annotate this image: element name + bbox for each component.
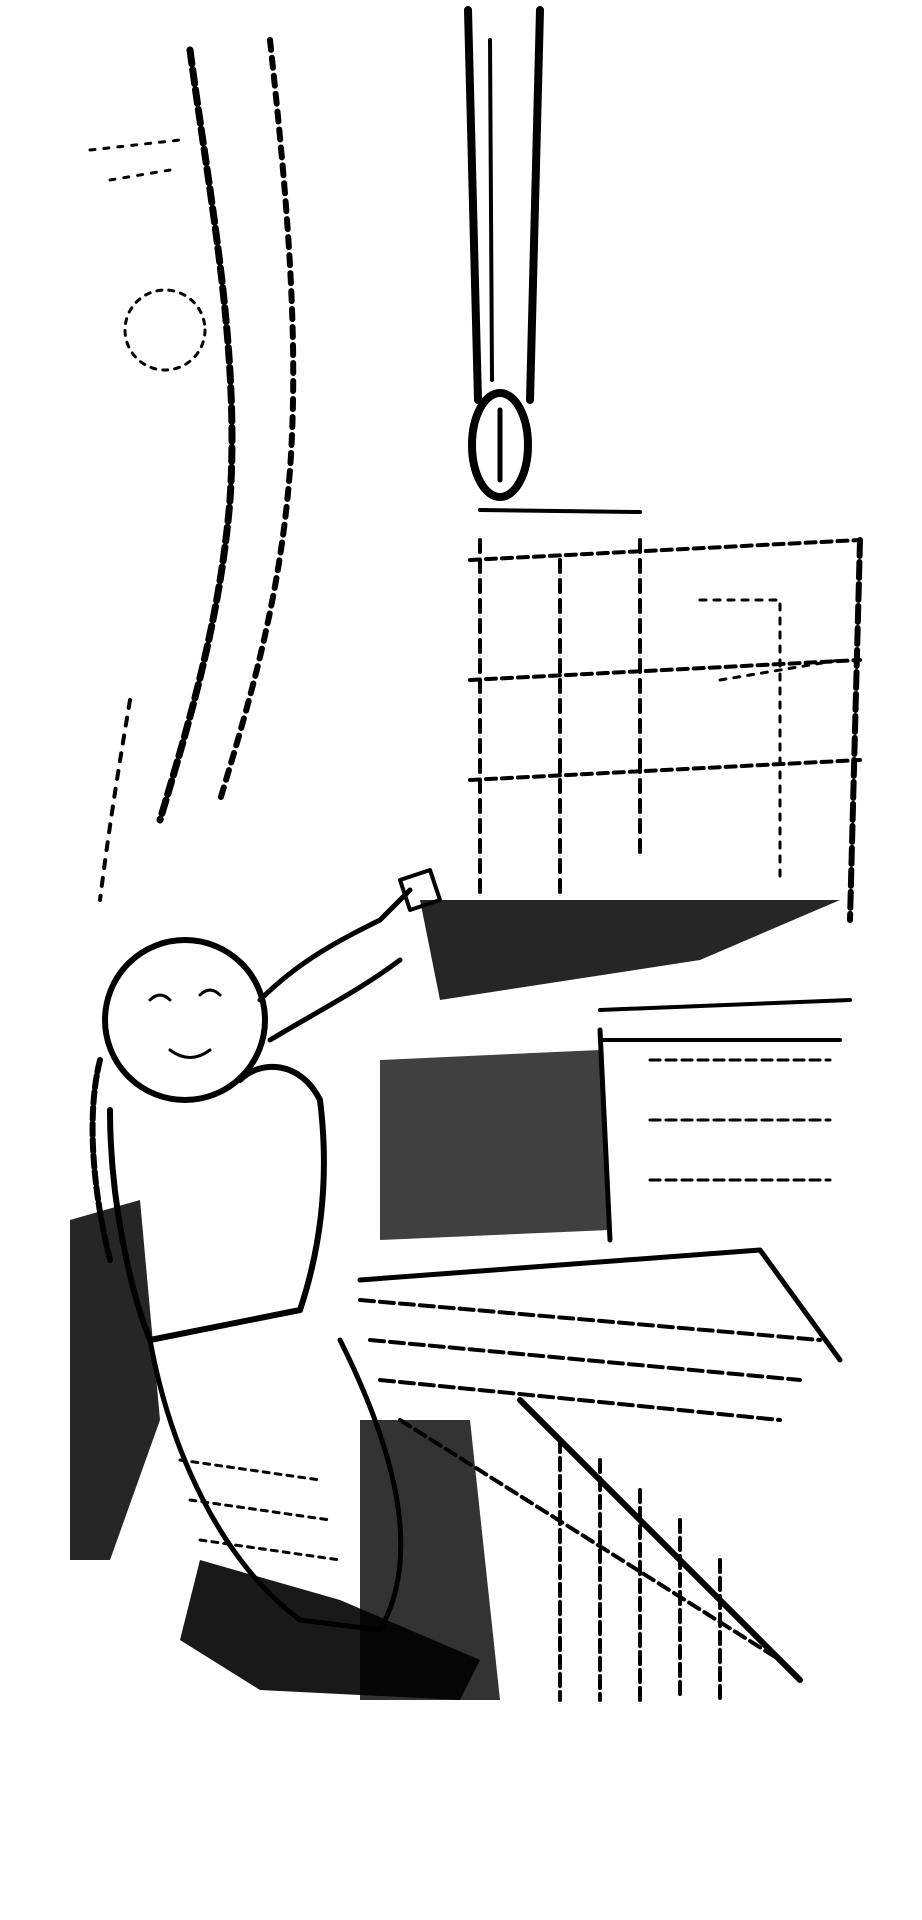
illustration: A small child in a gown reaching up towa…: [0, 0, 922, 1920]
engraving-drawing: [0, 0, 922, 1920]
